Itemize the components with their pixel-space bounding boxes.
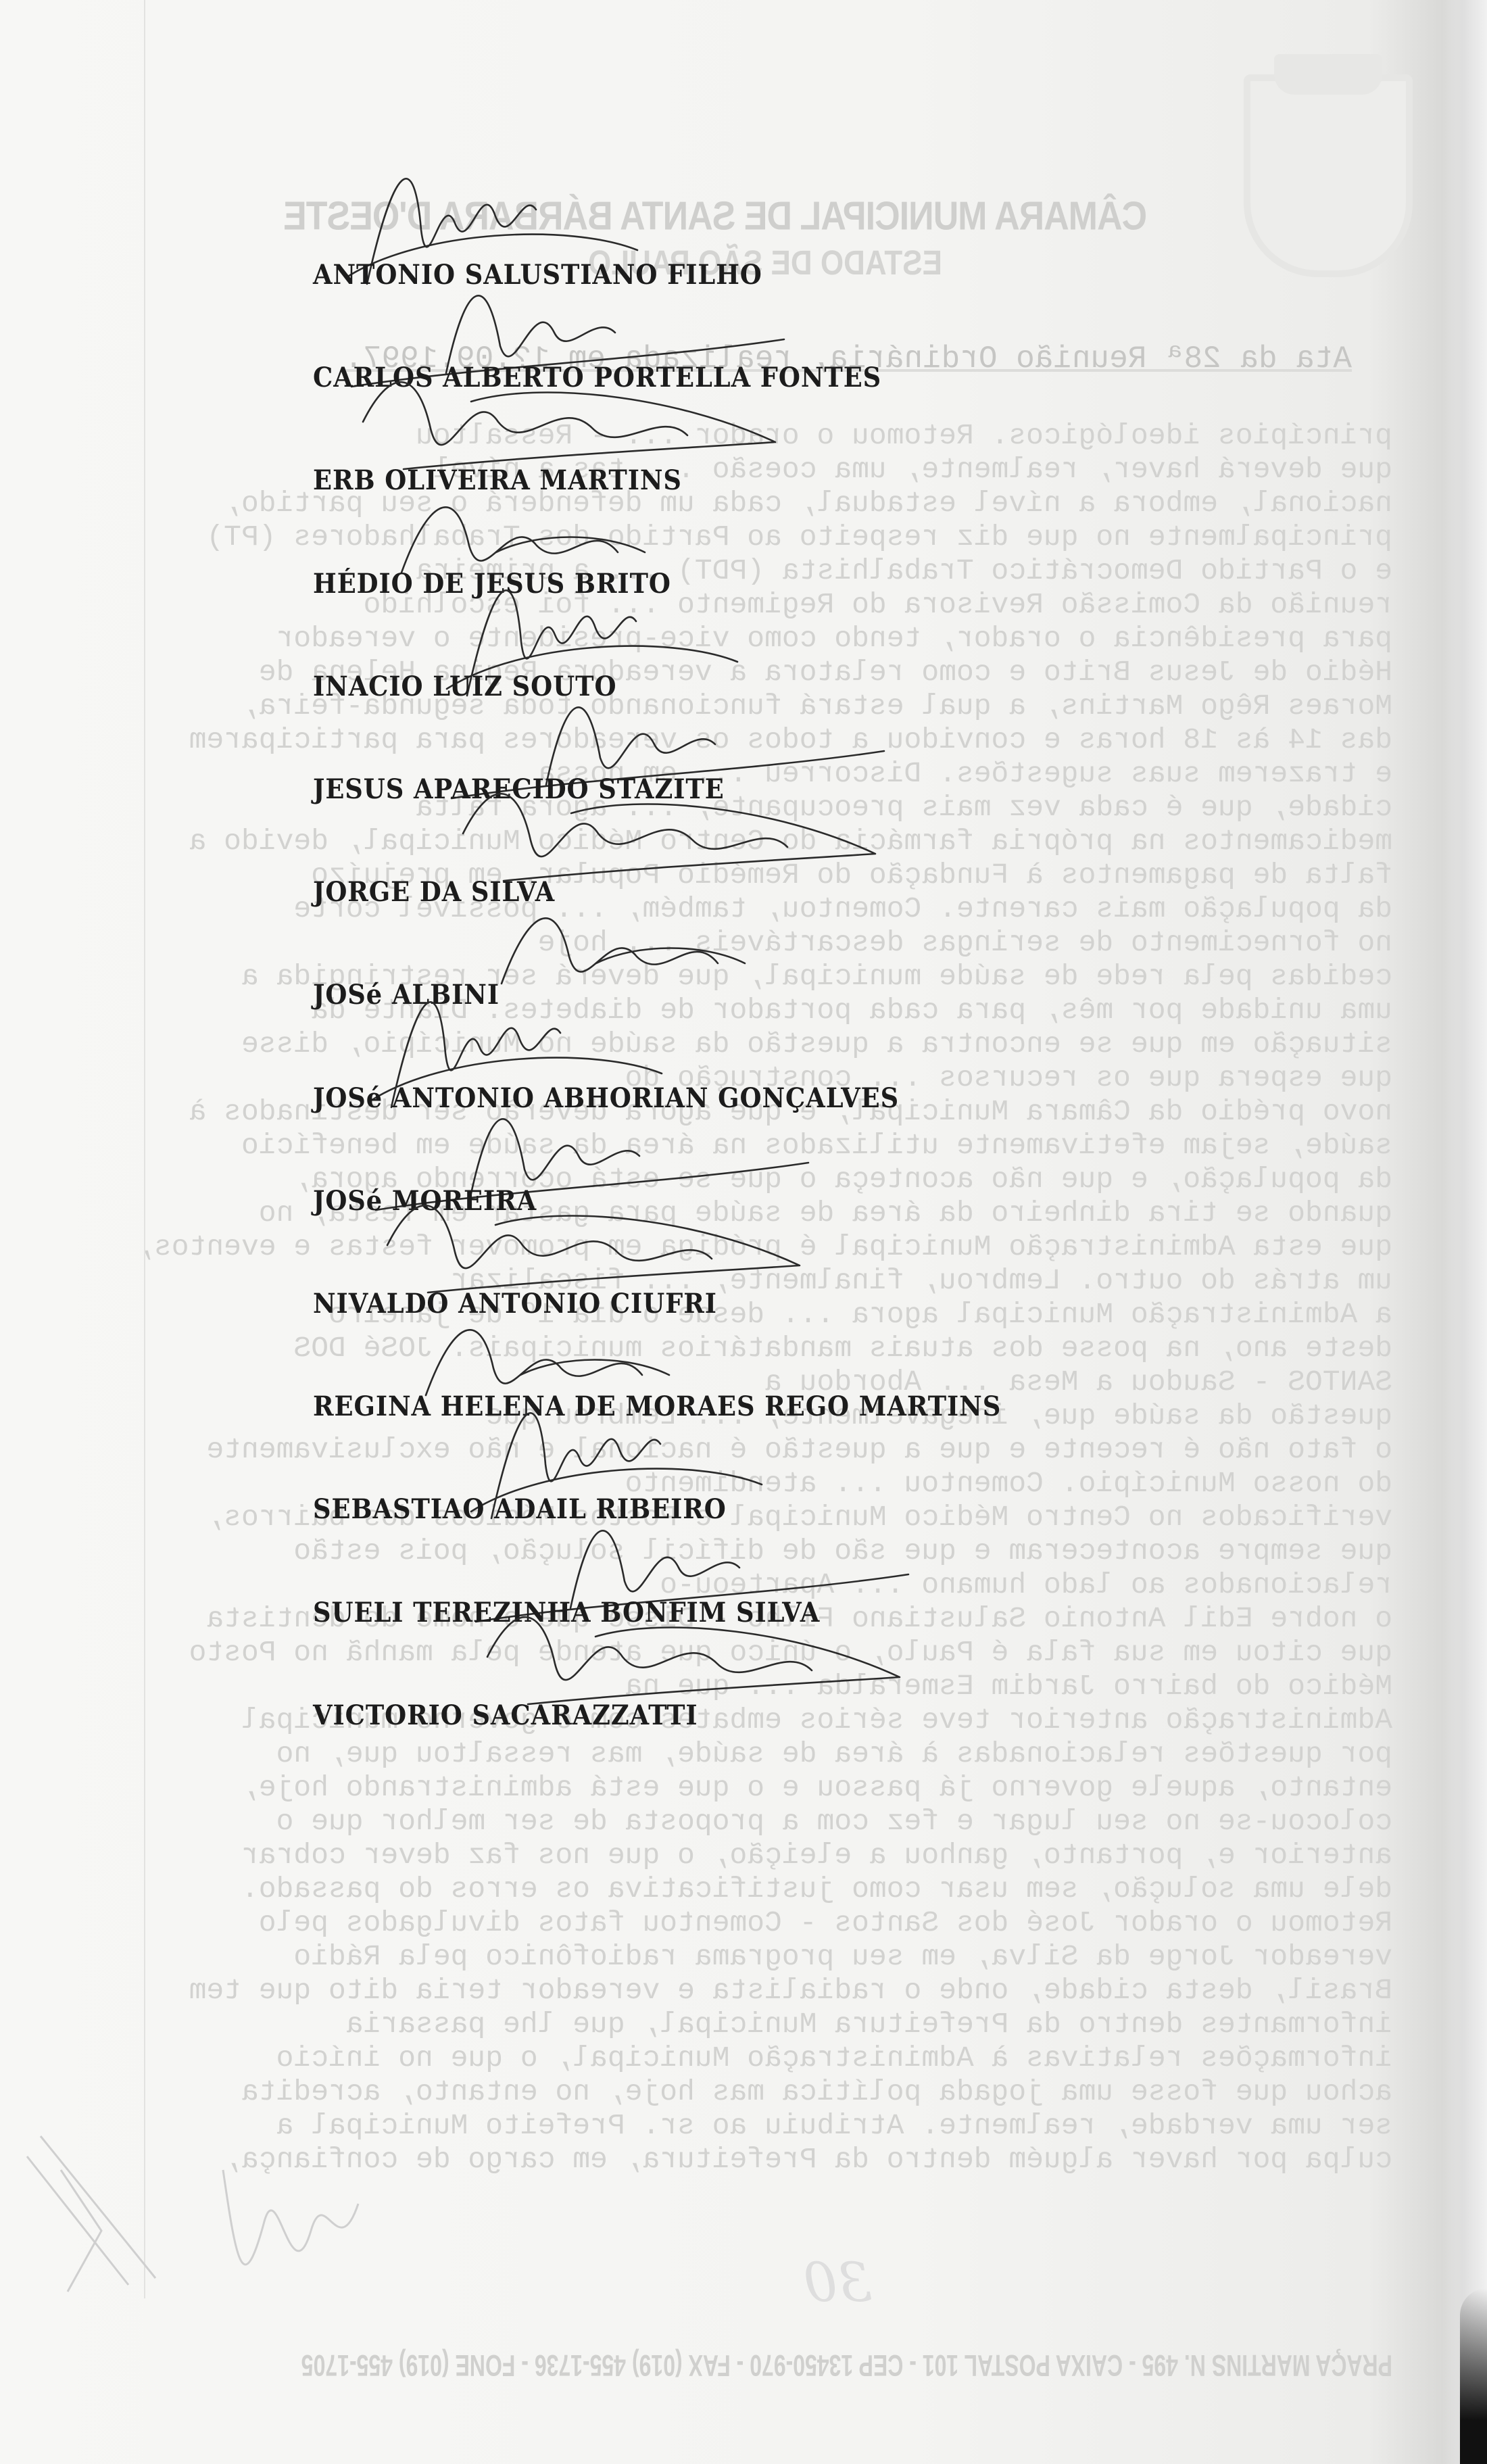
signatory-name: VICTORIO SACARAZZATTI: [313, 1699, 698, 1731]
page-edge-shadow: [1446, 0, 1487, 2464]
scan-corner-shadow: [1460, 2288, 1487, 2464]
margin-initials-icon: [20, 2129, 629, 2305]
signatory-row: VICTORIO SACARAZZATTI: [313, 1630, 1327, 1731]
